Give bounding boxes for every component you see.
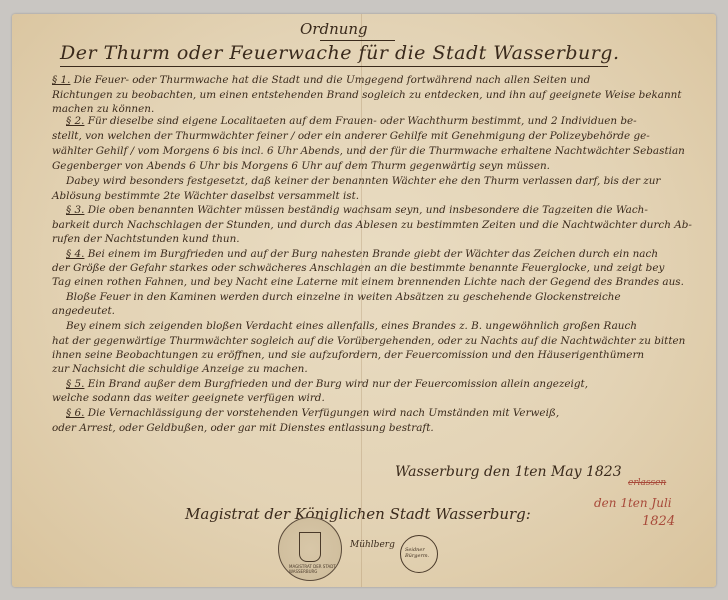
text-line: ihnen seine Beobachtungen zu eröffnen, u…: [52, 349, 644, 361]
text-line: welche sodann das weiter geeignete verfü…: [52, 392, 325, 404]
section-number: § 4.: [66, 248, 84, 260]
document-title: Der Thurm oder Feuerwache für die Stadt …: [60, 42, 620, 64]
section-number: § 1.: [52, 74, 70, 86]
text-line: wählter Gehilf / vom Morgens 6 bis incl.…: [52, 145, 685, 157]
line-text: machen zu können.: [52, 103, 154, 115]
line-text: Richtungen zu beobachten, um einen entst…: [52, 89, 682, 101]
line-text: Bey einem sich zeigenden bloßen Verdacht…: [66, 320, 637, 332]
coat-of-arms-icon: [299, 532, 321, 562]
line-text: der Größe der Gefahr starkes oder schwäc…: [52, 262, 664, 274]
line-text: Die Feuer- oder Thurmwache hat die Stadt…: [74, 74, 590, 86]
annotation-line-2: den 1ten Juli: [594, 496, 672, 510]
line-text: stellt, von welchen der Thurmwächter fei…: [52, 130, 650, 142]
line-text: Bei einem im Burgfrieden und auf der Bur…: [88, 248, 658, 260]
text-line: oder Arrest, oder Geldbußen, oder gar mi…: [52, 422, 434, 434]
text-line: § 6. Die Vernachlässigung der vorstehend…: [66, 407, 559, 419]
text-line: barkeit durch Nachschlagen der Stunden, …: [52, 219, 692, 231]
text-line: hat der gegenwärtige Thurmwächter soglei…: [52, 335, 685, 347]
text-line: zur Nachsicht die schuldige Anzeige zu m…: [52, 363, 308, 375]
text-line: rufen der Nachtstunden kund thun.: [52, 233, 240, 245]
place-date: Wasserburg den 1ten May 1823: [395, 464, 622, 480]
line-text: Gegenberger von Abends 6 Uhr bis Morgens…: [52, 160, 550, 172]
text-line: § 3. Die oben benannten Wächter müssen b…: [66, 204, 648, 216]
text-line: § 2. Für dieselbe sind eigene Localitaet…: [66, 115, 637, 127]
line-text: Dabey wird besonders festgesetzt, daß ke…: [66, 175, 660, 187]
line-text: rufen der Nachtstunden kund thun.: [52, 233, 240, 245]
line-text: angedeutet.: [52, 305, 115, 317]
line-text: Tag einen rothen Fahnen, und bey Nacht e…: [52, 276, 684, 288]
text-line: der Größe der Gefahr starkes oder schwäc…: [52, 262, 664, 274]
mayor-stamp: Seidner Bürgerm.: [400, 535, 438, 573]
section-number: § 3.: [66, 204, 84, 216]
line-text: welche sodann das weiter geeignete verfü…: [52, 392, 325, 404]
text-line: Richtungen zu beobachten, um einen entst…: [52, 89, 682, 101]
line-text: Für dieselbe sind eigene Localitaeten au…: [88, 115, 637, 127]
line-text: ihnen seine Beobachtungen zu eröffnen, u…: [52, 349, 644, 361]
line-text: Ablösung bestimmte 2te Wächter daselbst …: [52, 190, 359, 202]
line-text: wählter Gehilf / vom Morgens 6 bis incl.…: [52, 145, 685, 157]
text-line: § 1. Die Feuer- oder Thurmwache hat die …: [52, 74, 590, 86]
document-heading: Ordnung: [300, 20, 368, 38]
line-text: Ein Brand außer dem Burgfrieden und der …: [88, 378, 588, 390]
text-line: § 4. Bei einem im Burgfrieden und auf de…: [66, 248, 658, 260]
text-line: Ablösung bestimmte 2te Wächter daselbst …: [52, 190, 359, 202]
line-text: Die Vernachlässigung der vorstehenden Ve…: [88, 407, 559, 419]
stamp-text: Seidner Bürgerm.: [405, 547, 437, 559]
line-text: Bloße Feuer in den Kaminen werden durch …: [66, 291, 621, 303]
annotation-line-1: erlassen: [628, 478, 666, 488]
title-underline: [60, 66, 608, 67]
text-line: machen zu können.: [52, 103, 154, 115]
seal-text: MAGISTRAT DER STADT WASSERBURG: [289, 564, 341, 574]
text-line: Bey einem sich zeigenden bloßen Verdacht…: [66, 320, 637, 332]
section-number: § 2.: [66, 115, 84, 127]
text-line: Bloße Feuer in den Kaminen werden durch …: [66, 291, 621, 303]
line-text: oder Arrest, oder Geldbußen, oder gar mi…: [52, 422, 434, 434]
annotation-line-3: 1824: [642, 514, 675, 529]
section-number: § 6.: [66, 407, 84, 419]
magistrate-signature: Magistrat der Königlichen Stadt Wasserbu…: [185, 505, 531, 523]
text-line: § 5. Ein Brand außer dem Burgfrieden und…: [66, 378, 588, 390]
line-text: zur Nachsicht die schuldige Anzeige zu m…: [52, 363, 308, 375]
section-number: § 5.: [66, 378, 84, 390]
official-signature: Mühlberg: [350, 540, 395, 550]
text-line: Gegenberger von Abends 6 Uhr bis Morgens…: [52, 160, 550, 172]
line-text: barkeit durch Nachschlagen der Stunden, …: [52, 219, 692, 231]
line-text: hat der gegenwärtige Thurmwächter soglei…: [52, 335, 685, 347]
text-line: Dabey wird besonders festgesetzt, daß ke…: [66, 175, 660, 187]
text-line: stellt, von welchen der Thurmwächter fei…: [52, 130, 650, 142]
text-line: angedeutet.: [52, 305, 115, 317]
line-text: Die oben benannten Wächter müssen bestän…: [88, 204, 648, 216]
city-seal: MAGISTRAT DER STADT WASSERBURG: [278, 517, 342, 581]
heading-underline: [320, 40, 395, 41]
text-line: Tag einen rothen Fahnen, und bey Nacht e…: [52, 276, 684, 288]
